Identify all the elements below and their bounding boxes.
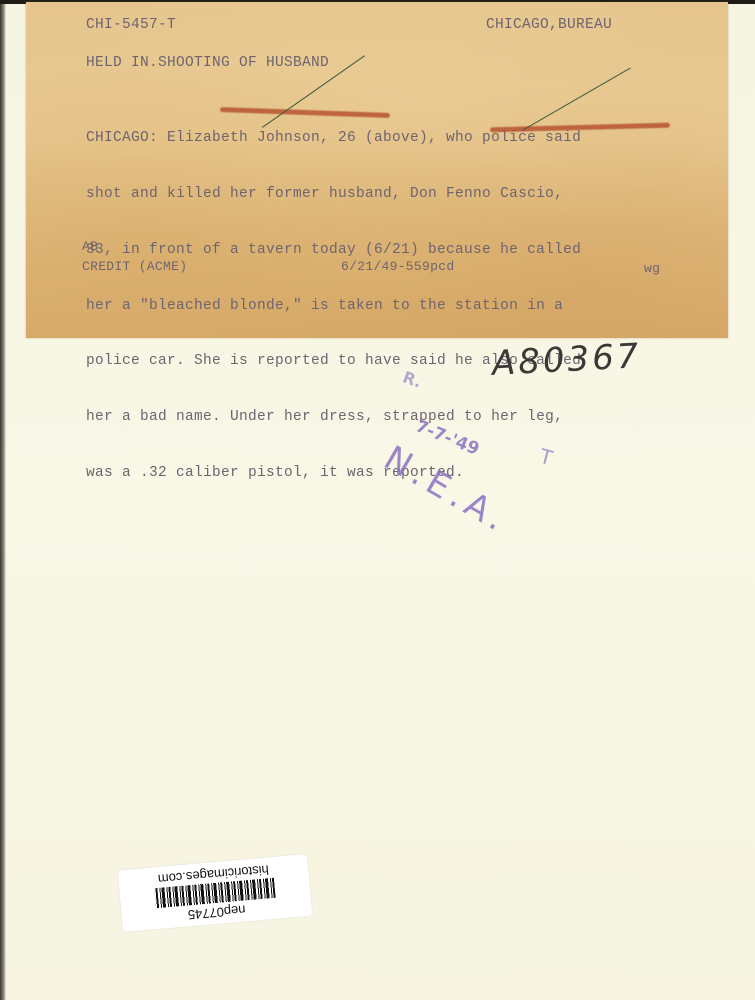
- typist-initials: wg: [644, 260, 660, 279]
- caption-line: 33, in front of a tavern today (6/21) be…: [86, 241, 581, 260]
- caption-line: her a "bleached blonde," is taken to the…: [86, 297, 581, 316]
- sticker-code: nep07745: [187, 902, 246, 921]
- scan-left-edge: [0, 0, 6, 1000]
- credit-line: CREDIT (ACME): [82, 258, 187, 277]
- handwritten-archive-id: A80367: [491, 336, 642, 384]
- caption-body: CHICAGO: Elizabeth Johnson, 26 (above), …: [86, 92, 581, 520]
- ab-mark: AB: [82, 238, 98, 257]
- caption-line: was a .32 caliber pistol, it was reporte…: [86, 464, 581, 483]
- caption-line: her a bad name. Under her dress, strappe…: [86, 408, 581, 427]
- bureau-line: CHICAGO,BUREAU: [486, 16, 612, 35]
- caption-sheet: CHI-5457-T CHICAGO,BUREAU HELD IN.SHOOTI…: [26, 2, 728, 338]
- caption-line: shot and killed her former husband, Don …: [86, 185, 581, 204]
- date-code: 6/21/49-559pcd: [341, 258, 454, 277]
- headline: HELD IN.SHOOTING OF HUSBAND: [86, 54, 329, 73]
- slug-line: CHI-5457-T: [86, 16, 176, 35]
- caption-line: CHICAGO: Elizabeth Johnson, 26 (above), …: [86, 129, 581, 148]
